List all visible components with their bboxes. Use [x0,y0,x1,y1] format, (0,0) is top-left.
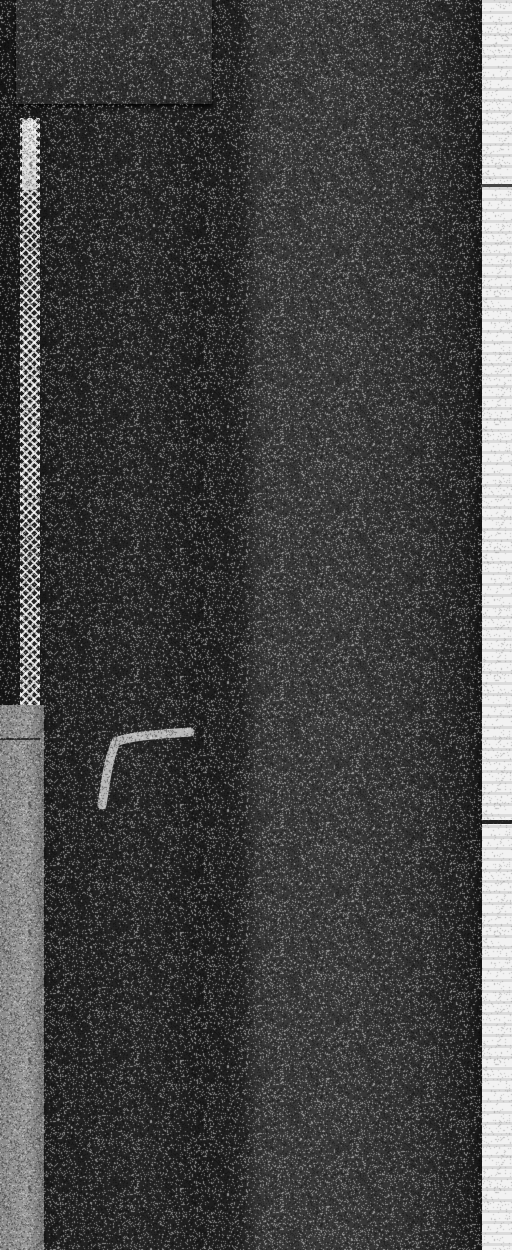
concrete-slab [16,0,212,104]
mesh-fence-strip [20,118,40,788]
asphalt-surface [0,0,512,1250]
curb-seam [0,738,40,740]
white-painted-strip [482,0,512,1250]
strip-seam [482,820,512,824]
photo-scene [0,0,512,1250]
gray-curb [0,705,44,1250]
strip-seam [482,184,512,187]
mesh-highlight [22,120,36,190]
